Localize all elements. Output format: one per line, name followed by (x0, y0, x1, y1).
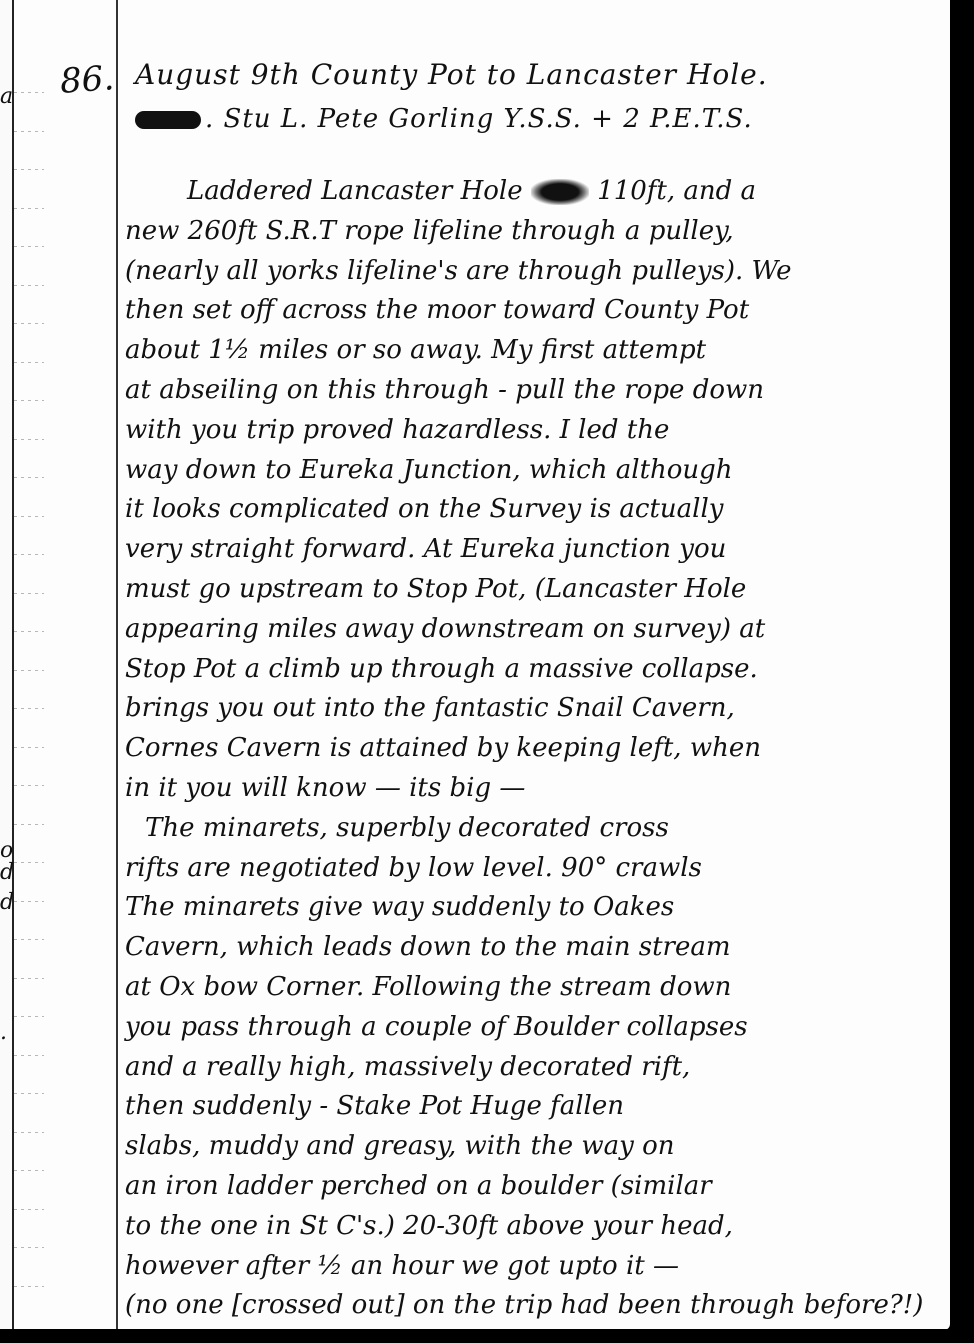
ruled-tick (14, 1170, 44, 1171)
line-text: slabs, muddy and greasy, with the way on (125, 1131, 675, 1161)
line-text: to the one in St C's.) 20-30ft above you… (125, 1211, 733, 1241)
ruled-tick (14, 208, 44, 209)
handwritten-line: (nearly all yorks lifeline's are through… (125, 252, 940, 292)
line-text: The minarets, superbly decorated cross (145, 813, 669, 843)
handwritten-line: Laddered Lancaster Hole 110ft, and a (125, 172, 940, 212)
line-text: Cornes Cavern is attained by keeping lef… (125, 733, 761, 763)
handwritten-line: The minarets give way suddenly to Oakes (125, 888, 940, 928)
handwritten-line: Cornes Cavern is attained by keeping lef… (125, 729, 940, 769)
handwritten-line: then suddenly - Stake Pot Huge fallen (125, 1087, 940, 1127)
handwritten-line: (no one [crossed out] on the trip had be… (125, 1286, 940, 1326)
ruled-tick (14, 1247, 44, 1248)
scribbled-out-name (135, 111, 201, 129)
handwritten-line: then set off across the moor toward Coun… (125, 291, 940, 331)
handwritten-line: and a really high, massively decorated r… (125, 1048, 940, 1088)
ruled-tick (14, 631, 44, 632)
ruled-tick (14, 670, 44, 671)
entry-title: August 9th County Pot to Lancaster Hole. (135, 58, 768, 91)
handwritten-line: appearing miles away downstream on surve… (125, 610, 940, 650)
ruled-tick (14, 323, 44, 324)
line-text: must go upstream to Stop Pot, (Lancaster… (125, 574, 746, 604)
ruled-tick (14, 708, 44, 709)
entry-body: Laddered Lancaster Hole 110ft, and anew … (125, 172, 940, 1326)
ruled-tick (14, 285, 44, 286)
line-text: way down to Eureka Junction, which altho… (125, 455, 733, 485)
ruled-tick (14, 1286, 44, 1287)
ruled-tick (14, 862, 44, 863)
handwritten-line: rifts are negotiated by low level. 90° c… (125, 849, 940, 889)
ruled-tick (14, 169, 44, 170)
handwritten-line: must go upstream to Stop Pot, (Lancaster… (125, 570, 940, 610)
entry-participants: . Stu L. Pete Gorling Y.S.S. + 2 P.E.T.S… (135, 104, 753, 134)
handwritten-line: The minarets, superbly decorated cross (125, 809, 940, 849)
scan-border-right (950, 0, 974, 1343)
ruled-tick (14, 362, 44, 363)
line-text: an iron ladder perched on a boulder (sim… (125, 1171, 712, 1201)
line-text: Laddered Lancaster Hole (187, 176, 531, 206)
handwritten-line: new 260ft S.R.T rope lifeline through a … (125, 212, 940, 252)
line-text: then set off across the moor toward Coun… (125, 295, 749, 325)
line-text: and a really high, massively decorated r… (125, 1052, 690, 1082)
line-text: at abseiling on this through - pull the … (125, 375, 764, 405)
handwritten-line: about 1½ miles or so away. My first atte… (125, 331, 940, 371)
ruled-tick (14, 978, 44, 979)
handwritten-line: Stop Pot a climb up through a massive co… (125, 650, 940, 690)
ruled-tick (14, 1093, 44, 1094)
line-text: with you trip proved hazardless. I led t… (125, 415, 669, 445)
line-text: then suddenly - Stake Pot Huge fallen (125, 1091, 624, 1121)
line-text: new 260ft S.R.T rope lifeline through a … (125, 216, 734, 246)
participants-text: . Stu L. Pete Gorling Y.S.S. + 2 P.E.T.S… (205, 104, 753, 134)
handwritten-line: at abseiling on this through - pull the … (125, 371, 940, 411)
margin-fragment: d (0, 890, 14, 915)
ruled-tick (14, 131, 44, 132)
margin-fragment: d (0, 860, 14, 885)
line-text: 110ft, and a (589, 176, 756, 206)
handwritten-line: an iron ladder perched on a boulder (sim… (125, 1167, 940, 1207)
scan-border-bottom (0, 1329, 974, 1343)
line-text: it looks complicated on the Survey is ac… (125, 494, 723, 524)
handwritten-line: with you trip proved hazardless. I led t… (125, 411, 940, 451)
line-text: at Ox bow Corner. Following the stream d… (125, 972, 731, 1002)
entry-number: 86. (59, 58, 116, 102)
handwritten-line: to the one in St C's.) 20-30ft above you… (125, 1207, 940, 1247)
ruled-tick (14, 747, 44, 748)
line-text: appearing miles away downstream on surve… (125, 614, 765, 644)
notebook-page: a o d d . 86. August 9th County Pot to L… (0, 0, 950, 1330)
handwritten-line: Cavern, which leads down to the main str… (125, 928, 940, 968)
line-text: however after ½ an hour we got upto it — (125, 1251, 679, 1281)
line-text: about 1½ miles or so away. My first atte… (125, 335, 706, 365)
ruled-tick (14, 554, 44, 555)
handwritten-line: however after ½ an hour we got upto it — (125, 1247, 940, 1287)
handwritten-line: very straight forward. At Eureka junctio… (125, 530, 940, 570)
line-text: you pass through a couple of Boulder col… (125, 1012, 748, 1042)
ruled-tick (14, 400, 44, 401)
handwritten-line: it looks complicated on the Survey is ac… (125, 490, 940, 530)
line-text: (no one [crossed out] on the trip had be… (125, 1290, 923, 1320)
margin-fragment: a (0, 84, 13, 109)
margin-fragment: . (0, 1020, 7, 1045)
handwritten-line: slabs, muddy and greasy, with the way on (125, 1127, 940, 1167)
line-text: (nearly all yorks lifeline's are through… (125, 256, 792, 286)
ruled-tick (14, 901, 44, 902)
ruled-tick (14, 92, 44, 93)
handwritten-line: in it you will know — its big — (125, 769, 940, 809)
outer-margin-line (12, 0, 14, 1330)
previous-page-edge (0, 0, 12, 1330)
ruled-tick (14, 246, 44, 247)
ruled-tick (14, 439, 44, 440)
handwritten-line: you pass through a couple of Boulder col… (125, 1008, 940, 1048)
ruled-tick (14, 477, 44, 478)
ruled-tick (14, 593, 44, 594)
handwritten-line: brings you out into the fantastic Snail … (125, 689, 940, 729)
line-text: Cavern, which leads down to the main str… (125, 932, 731, 962)
line-text: in it you will know — its big — (125, 773, 525, 803)
ink-blot (531, 179, 589, 205)
ruled-tick (14, 1132, 44, 1133)
ruled-tick (14, 939, 44, 940)
ruled-tick (14, 1016, 44, 1017)
line-text: very straight forward. At Eureka junctio… (125, 534, 726, 564)
handwritten-line: at Ox bow Corner. Following the stream d… (125, 968, 940, 1008)
line-text: Stop Pot a climb up through a massive co… (125, 654, 758, 684)
handwritten-line: way down to Eureka Junction, which altho… (125, 451, 940, 491)
ruled-tick (14, 1209, 44, 1210)
line-text: The minarets give way suddenly to Oakes (125, 892, 674, 922)
line-text: brings you out into the fantastic Snail … (125, 693, 735, 723)
line-text: rifts are negotiated by low level. 90° c… (125, 853, 702, 883)
ruled-tick (14, 1055, 44, 1056)
ruled-tick (14, 516, 44, 517)
ruled-tick (14, 785, 44, 786)
ruled-tick (14, 824, 44, 825)
inner-margin-line (116, 0, 118, 1330)
